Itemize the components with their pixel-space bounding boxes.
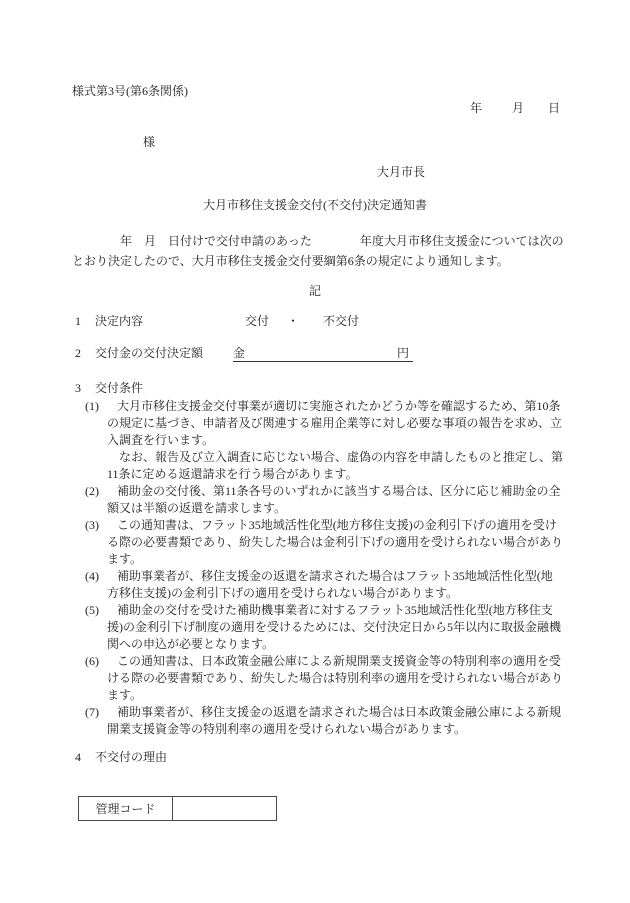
condition-item-3: (3) この通知書は、フラット35地域活性化型(地方移住支援)の金利引下げの適用… — [72, 517, 558, 568]
date-year-label: 年 — [470, 101, 482, 115]
item1-number: 1 — [75, 314, 81, 328]
amount-blank-field: 金 円 — [233, 346, 413, 362]
condition-3-marker: (3) — [85, 517, 99, 534]
intro-paragraph: 年 月 日付けで交付申請のあった 年度大月市移住支援金については次の とおり決定… — [72, 231, 564, 271]
condition-1-text: 大月市移住支援金交付事業が適切に実施されたかどうか等を確認するため、第10条 の… — [107, 398, 558, 483]
admin-code-value-cell — [173, 797, 276, 820]
option-no-grant: 不交付 — [323, 314, 359, 328]
item2-label: 交付金の交付決定額 — [95, 346, 203, 360]
condition-item-4: (4) 補助事業者が、移住支援金の返還を請求された場合はフラット35地域活性化型… — [72, 568, 558, 602]
sender-name: 大月市長 — [377, 165, 425, 179]
condition-6-text: この通知書は、日本政策金融公庫による新規開業支援資金等の特別利率の適用を受 ける… — [107, 653, 558, 704]
document-page: 様式第3号(第6条関係) 年 月 日 様 大月市長 大月市移住支援金交付(不交付… — [0, 0, 630, 903]
condition-5-text: 補助金の交付を受けた補助機事業者に対するフラット35地域活性化型(地方移住支 援… — [107, 602, 558, 653]
condition-item-5: (5) 補助金の交付を受けた補助機事業者に対するフラット35地域活性化型(地方移… — [72, 602, 558, 653]
condition-4-marker: (4) — [85, 568, 99, 585]
item3-label: 交付条件 — [95, 381, 143, 395]
condition-2-marker: (2) — [85, 483, 99, 500]
condition-7-text: 補助事業者が、移住支援金の返還を請求された場合は日本政策金融公庫による新規 開業… — [107, 704, 558, 738]
condition-2-text: 補助金の交付後、第11条各号のいずれかに該当する場合は、区分に応じ補助金の全 額… — [107, 483, 558, 517]
admin-code-table: 管理コード — [78, 796, 277, 821]
condition-7-marker: (7) — [85, 704, 99, 721]
document-title: 大月市移住支援金交付(不交付)決定通知書 — [0, 198, 630, 212]
admin-code-label-cell: 管理コード — [79, 797, 173, 820]
amount-suffix: 円 — [397, 346, 409, 361]
condition-4-text: 補助事業者が、移住支援金の返還を請求された場合はフラット35地域活性化型(地 方… — [107, 568, 558, 602]
amount-prefix: 金 — [233, 346, 245, 361]
date-day-label: 日 — [548, 101, 560, 115]
condition-1-marker: (1) — [85, 398, 99, 415]
option-separator-dot: ・ — [287, 314, 299, 328]
condition-3-text: この通知書は、フラット35地域活性化型(地方移住支援)の金利引下げの適用を受け … — [107, 517, 558, 568]
item4-number: 4 — [75, 750, 81, 764]
condition-item-1: (1) 大月市移住支援金交付事業が適切に実施されたかどうか等を確認するため、第1… — [72, 398, 558, 483]
condition-5-marker: (5) — [85, 602, 99, 619]
item4-label: 不交付の理由 — [95, 750, 167, 764]
item2-number: 2 — [75, 346, 81, 360]
item1-label: 決定内容 — [95, 314, 143, 328]
option-grant: 交付 — [245, 314, 269, 328]
section-marker: 記 — [0, 284, 630, 298]
condition-6-marker: (6) — [85, 653, 99, 670]
form-number: 様式第3号(第6条関係) — [72, 84, 188, 98]
condition-item-6: (6) この通知書は、日本政策金融公庫による新規開業支援資金等の特別利率の適用を… — [72, 653, 558, 704]
date-month-label: 月 — [512, 101, 524, 115]
condition-item-2: (2) 補助金の交付後、第11条各号のいずれかに該当する場合は、区分に応じ補助金… — [72, 483, 558, 517]
condition-item-7: (7) 補助事業者が、移住支援金の返還を請求された場合は日本政策金融公庫による新… — [72, 704, 558, 738]
addressee-suffix: 様 — [143, 135, 155, 149]
conditions-list: (1) 大月市移住支援金交付事業が適切に実施されたかどうか等を確認するため、第1… — [72, 398, 558, 738]
item3-number: 3 — [75, 381, 81, 395]
